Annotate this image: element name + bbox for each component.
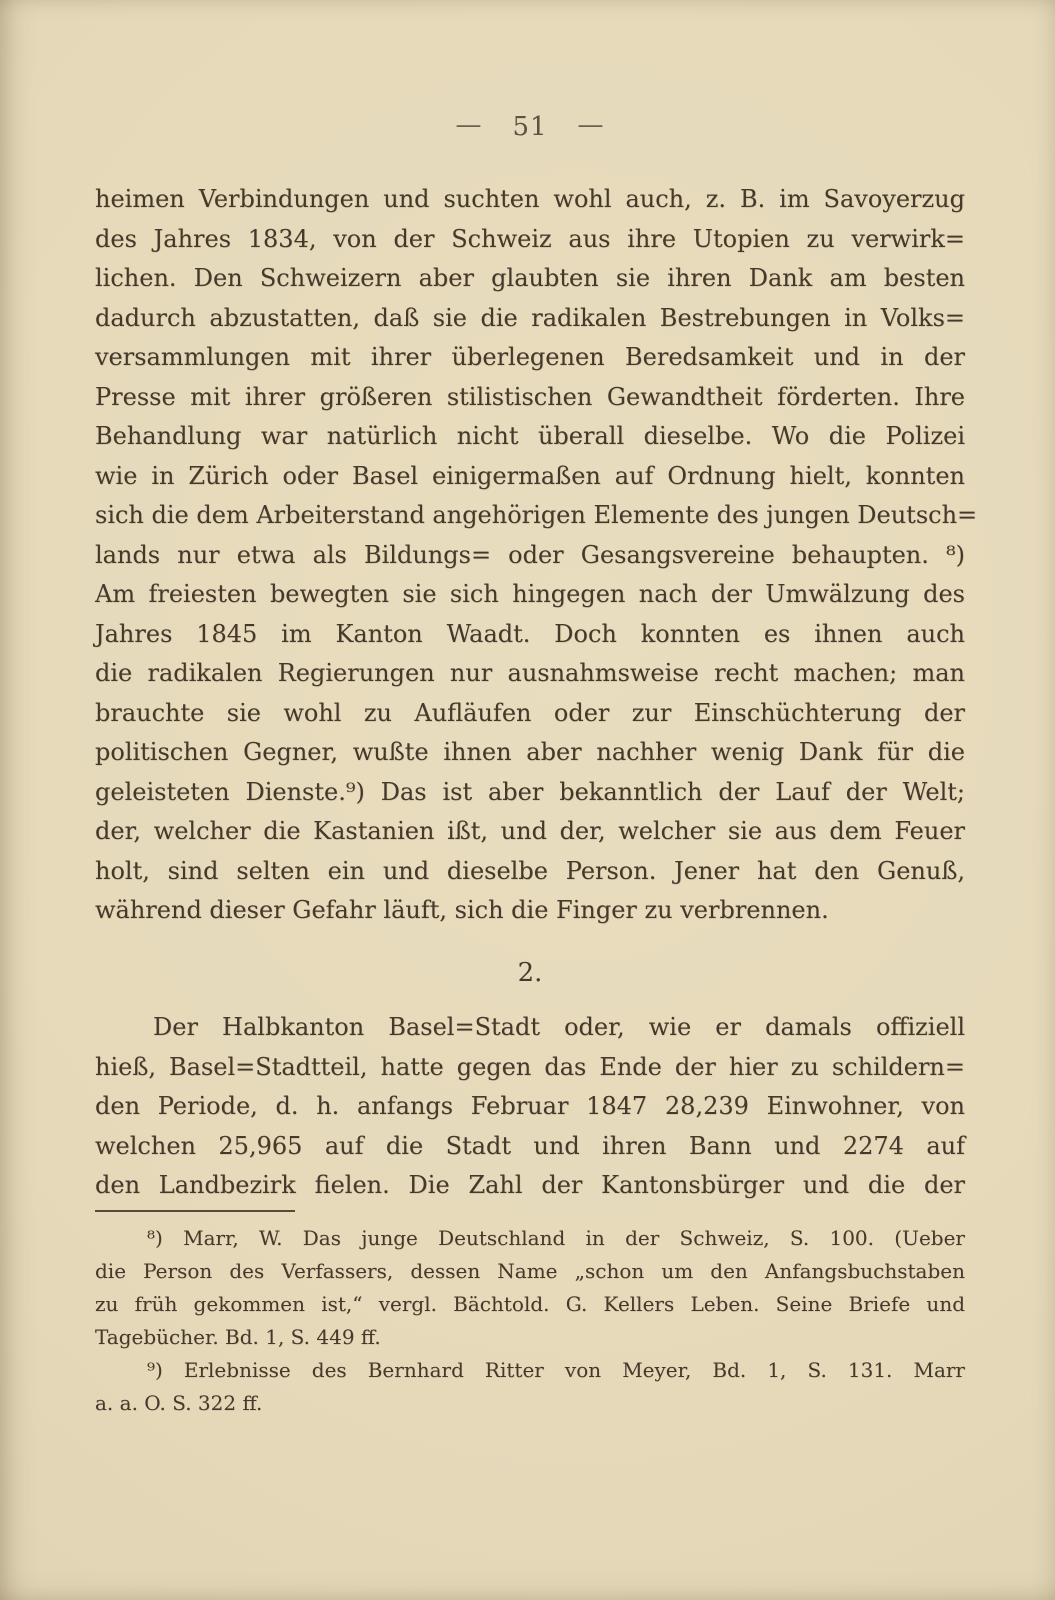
- header-dash-right: —: [578, 110, 605, 140]
- text-line: a. a. O. S. 322 ff.: [95, 1387, 965, 1420]
- text-line: geleisteten Dienste.⁹) Das ist aber beka…: [95, 773, 965, 813]
- scanned-book-page: —51— heimen Verbindungen und suchten woh…: [0, 0, 1055, 1600]
- text-line: hieß, Basel=Stadtteil, hatte gegen das E…: [95, 1048, 965, 1088]
- text-line: dadurch abzustatten, daß sie die radikal…: [95, 299, 965, 339]
- text-line: ⁸) Marr, W. Das junge Deutschland in der…: [95, 1222, 965, 1255]
- page-header: —51—: [95, 112, 965, 142]
- section-number-heading: 2.: [95, 958, 965, 988]
- text-line: den Periode, d. h. anfangs Februar 1847 …: [95, 1087, 965, 1127]
- header-dash-left: —: [455, 110, 482, 140]
- text-line: versammlungen mit ihrer überlegenen Bere…: [95, 338, 965, 378]
- text-line: politischen Gegner, wußte ihnen aber nac…: [95, 733, 965, 773]
- text-line: lands nur etwa als Bildungs= oder Gesang…: [95, 536, 965, 576]
- text-line: heimen Verbindungen und suchten wohl auc…: [95, 180, 965, 220]
- text-line: den Landbezirk fielen. Die Zahl der Kant…: [95, 1166, 965, 1206]
- text-line: während dieser Gefahr läuft, sich die Fi…: [95, 891, 965, 931]
- footnotes-block: ⁸) Marr, W. Das junge Deutschland in der…: [95, 1222, 965, 1420]
- paragraph-continuation: heimen Verbindungen und suchten wohl auc…: [95, 180, 965, 931]
- text-line: die radikalen Regierungen nur ausnahmswe…: [95, 654, 965, 694]
- text-line: des Jahres 1834, von der Schweiz aus ihr…: [95, 220, 965, 260]
- text-line: Jahres 1845 im Kanton Waadt. Doch konnte…: [95, 615, 965, 655]
- text-line: Am freiesten bewegten sie sich hingegen …: [95, 575, 965, 615]
- text-line: Presse mit ihrer größeren stilistischen …: [95, 378, 965, 418]
- page-number: 51: [512, 112, 547, 142]
- text-line: welchen 25,965 auf die Stadt und ihren B…: [95, 1127, 965, 1167]
- footnote-8: ⁸) Marr, W. Das junge Deutschland in der…: [95, 1222, 965, 1354]
- text-line: zu früh gekommen ist,“ vergl. Bächtold. …: [95, 1288, 965, 1321]
- text-line: Behandlung war natürlich nicht überall d…: [95, 417, 965, 457]
- footnote-9: ⁹) Erlebnisse des Bernhard Ritter von Me…: [95, 1354, 965, 1420]
- text-line: Tagebücher. Bd. 1, S. 449 ff.: [95, 1321, 965, 1354]
- text-line: lichen. Den Schweizern aber glaubten sie…: [95, 259, 965, 299]
- text-line: der, welcher die Kastanien ißt, und der,…: [95, 812, 965, 852]
- text-line: brauchte sie wohl zu Aufläufen oder zur …: [95, 694, 965, 734]
- text-line: sich die dem Arbeiterstand angehörigen E…: [95, 496, 965, 536]
- paragraph-basel-stadt: Der Halbkanton Basel=Stadt oder, wie er …: [95, 1008, 965, 1206]
- footnote-divider-rule: [95, 1210, 295, 1212]
- text-line: die Person des Verfassers, dessen Name „…: [95, 1255, 965, 1288]
- text-line: Der Halbkanton Basel=Stadt oder, wie er …: [95, 1008, 965, 1048]
- text-line: ⁹) Erlebnisse des Bernhard Ritter von Me…: [95, 1354, 965, 1387]
- text-line: holt, sind selten ein und dieselbe Perso…: [95, 852, 965, 892]
- text-line: wie in Zürich oder Basel einigermaßen au…: [95, 457, 965, 497]
